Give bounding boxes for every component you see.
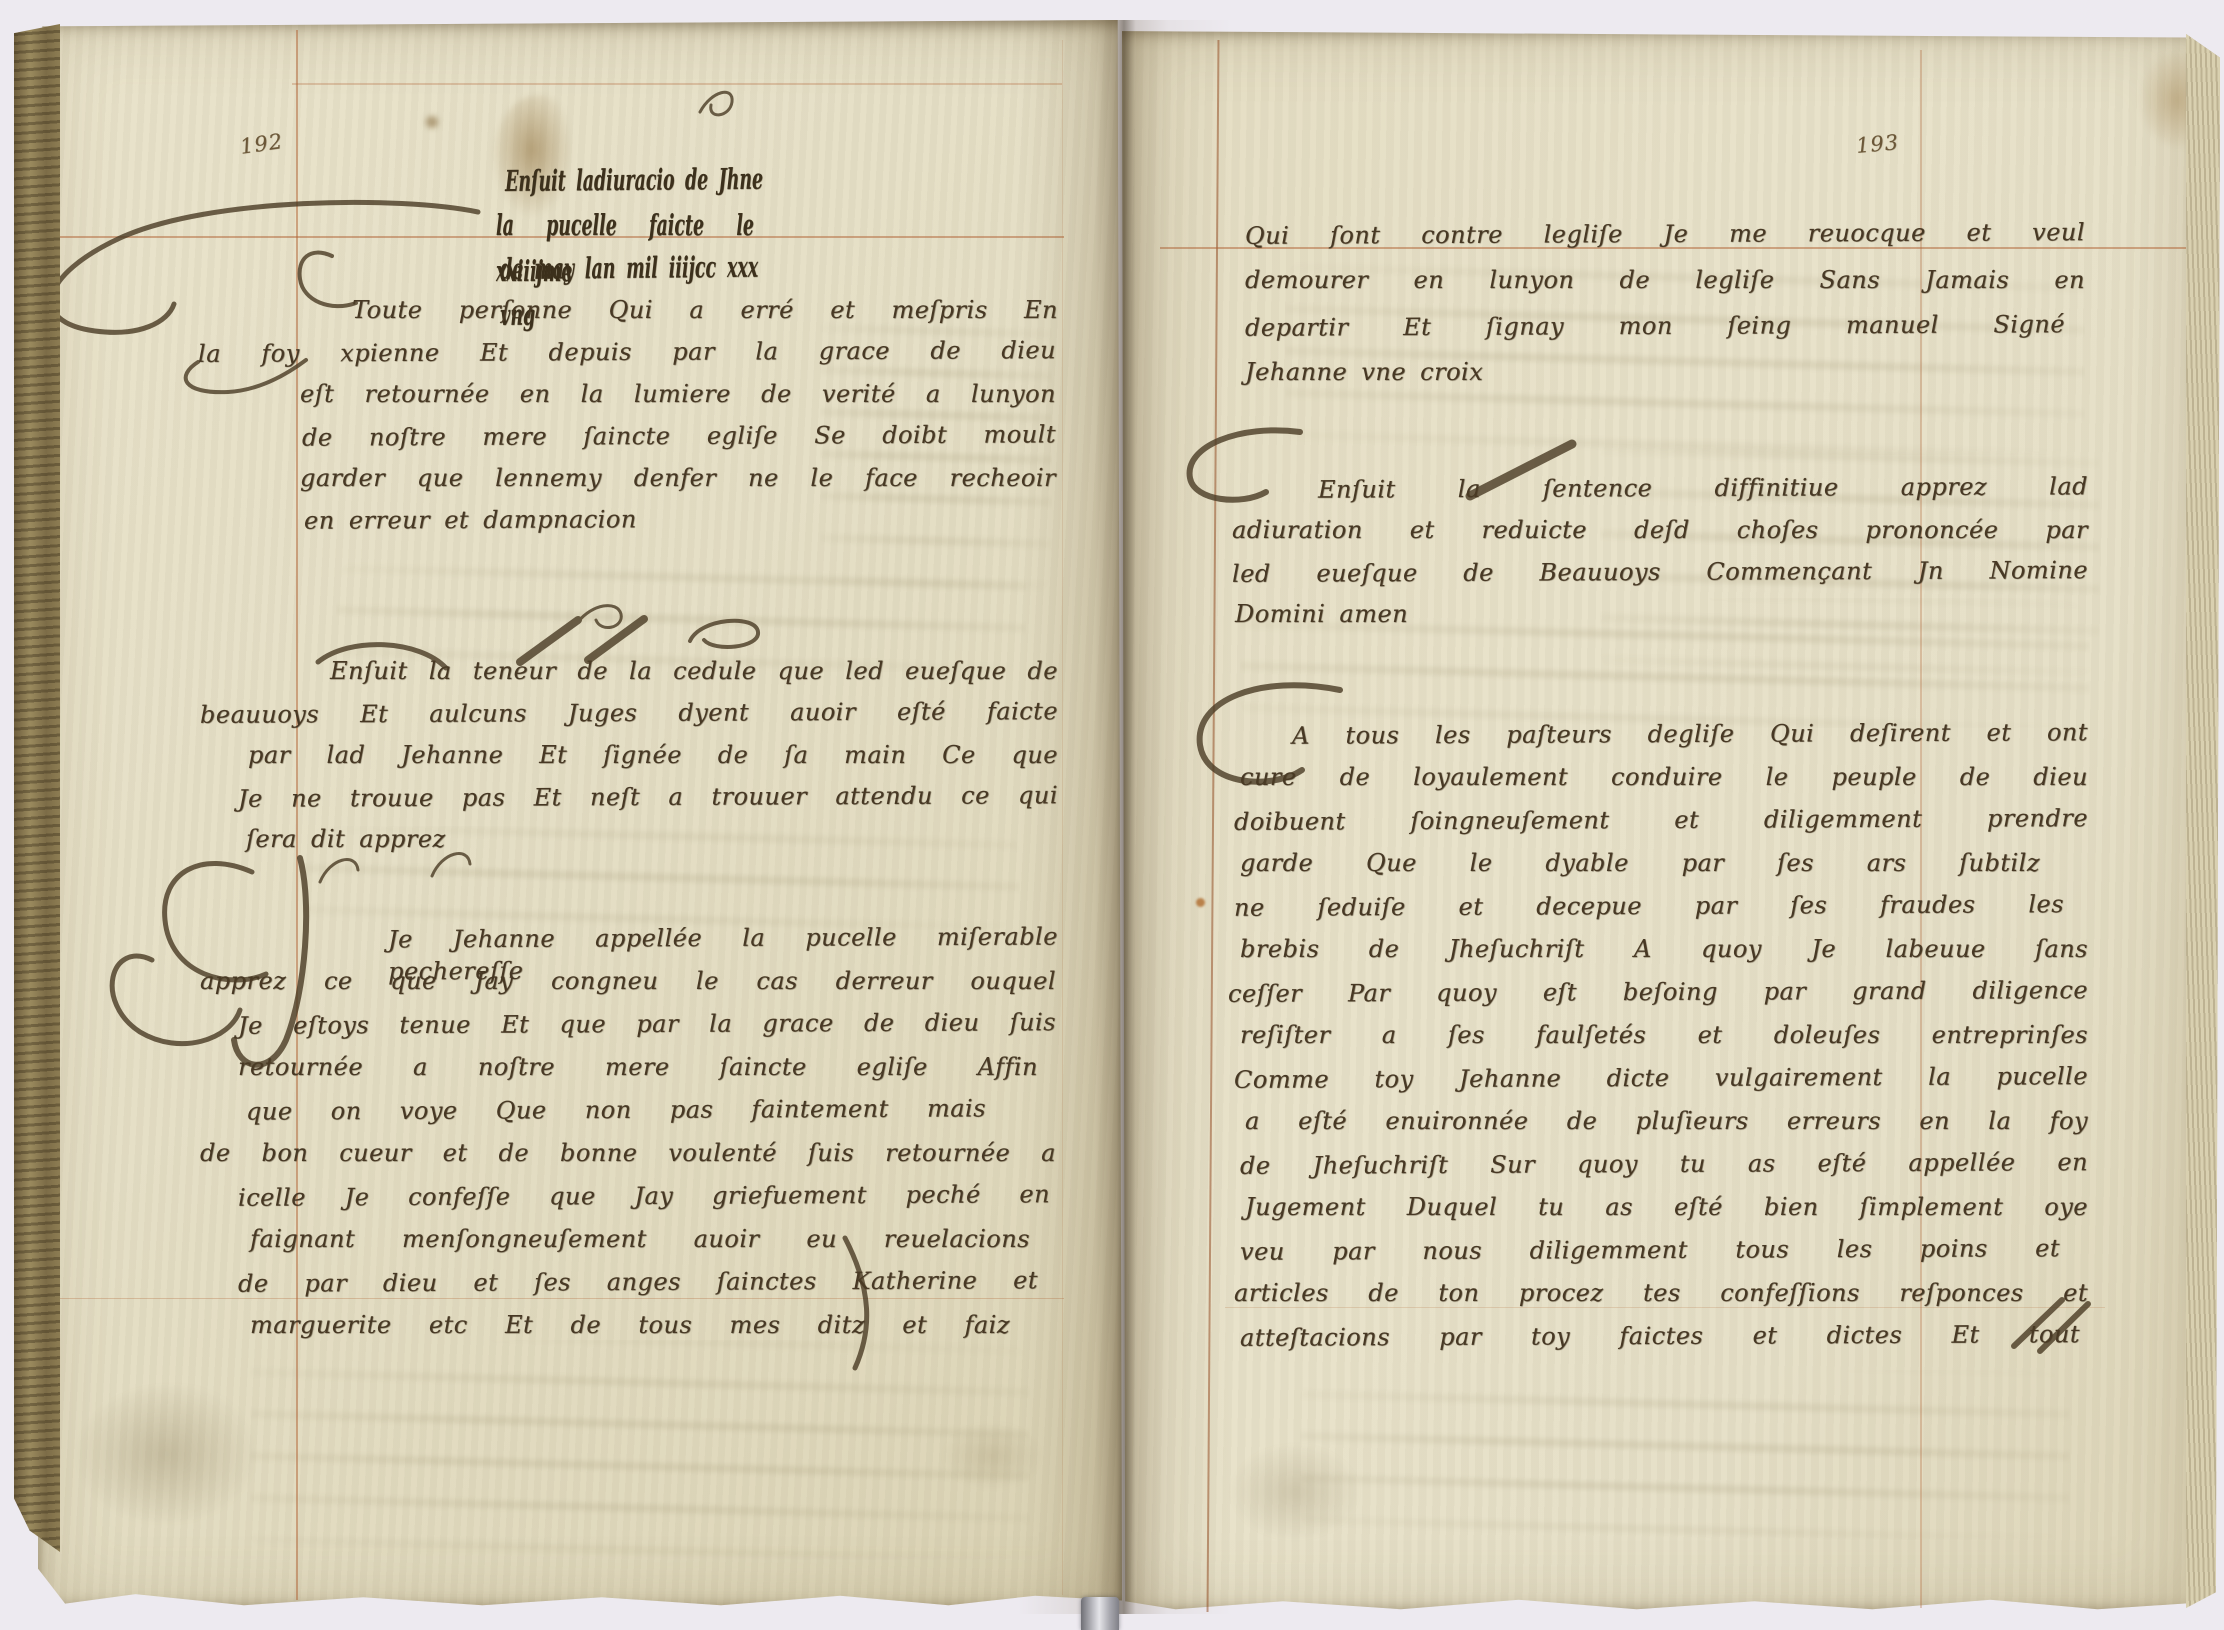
text-line: ceſſer Par quoy eſt beſoing par grand di… — [1228, 974, 2088, 1010]
text-line: de Jheſuchriſt Sur quoy tu as eſté appel… — [1240, 1146, 2088, 1182]
text-line: Enſuit la ſentence diffinitiue apprez la… — [1318, 470, 2088, 505]
text-line: par lad Jehanne Et ſignée de ſa main Ce … — [248, 739, 1058, 771]
right-fore-edge — [2186, 34, 2220, 1608]
text-line: Enſuit la teneur de la cedule que led eu… — [330, 655, 1058, 687]
text-line: eſt retournée en la lumiere de verité a … — [300, 378, 1056, 410]
text-line: Jugement Duquel tu as eſté bien ſimpleme… — [1245, 1191, 2088, 1223]
text-line: adiuration et reduicte deſd choſes prono… — [1232, 514, 2088, 546]
text-line: retournée a noſtre mere ſaincte egliſe A… — [238, 1051, 1038, 1083]
text-line: articles de ton procez tes confeſſions r… — [1234, 1277, 2088, 1309]
text-line: beauuoys Et aulcuns Juges dyent auoir eſ… — [200, 695, 1058, 731]
text-line: Je ne trouue pas Et neſt a trouuer atten… — [238, 779, 1058, 815]
text-line: veu par nous diligemment tous les poins … — [1240, 1232, 2060, 1268]
text-line: led eueſque de Beauuoys Commençant Jn No… — [1232, 554, 2088, 590]
text-line: Toute perſonne Qui a erré et meſpris En — [352, 294, 1058, 326]
text-line: en erreur et dampnacion — [304, 503, 637, 536]
text-line: la foy xpienne Et depuis par la grace de… — [198, 334, 1056, 370]
text-line: cure de loyaulement conduire le peuple d… — [1240, 761, 2088, 793]
text-line: Comme toy Jehanne dicte vulgairement la … — [1234, 1060, 2088, 1096]
book-weight — [1081, 1597, 1119, 1630]
text-line: que on voye Que non pas faintement mais — [246, 1092, 986, 1127]
text-line: Domini amen — [1235, 598, 1408, 630]
text-line: marguerite etc Et de tous mes ditz et fa… — [250, 1309, 1010, 1341]
text-line: apprez ce que Jay congneu le cas derreur… — [200, 965, 1056, 997]
text-line: reſiſter a ſes faulſetés et doleuſes ent… — [1240, 1019, 2088, 1051]
left-fore-edge — [14, 24, 60, 1552]
text-line: de bon cueur et de bonne voulenté ſuis r… — [200, 1137, 1056, 1169]
heading-line: Enſuit ladiuracio de Jhne — [505, 156, 763, 204]
text-line: Jehanne vne croix — [1245, 356, 1483, 388]
text-line: demourer en lunyon de legliſe Sans Jamai… — [1245, 264, 2085, 296]
text-line: brebis de Jheſuchriſt A quoy Je labeuue … — [1240, 933, 2088, 965]
text-line: atteſtacions par toy faictes et dictes E… — [1240, 1318, 2080, 1354]
page-number-right: 193 — [1855, 130, 1900, 158]
text-line: icelle Je confeſſe que Jay griefuement p… — [238, 1178, 1050, 1214]
text-line: a eſté enuironnée de pluſieurs erreurs e… — [1245, 1105, 2088, 1137]
text-line: ne ſeduiſe et decepue par ſes fraudes le… — [1234, 888, 2064, 924]
text-line: Je eſtoys tenue Et que par la grace de d… — [238, 1006, 1056, 1042]
manuscript-photo: 192 193 Enſuit ladiuracio de Jhne la puc… — [0, 0, 2224, 1630]
text-line: departir Et ſignay mon ſeing manuel Sign… — [1245, 308, 2065, 344]
text-line: faignant menſongneuſement auoir eu reuel… — [250, 1223, 1030, 1255]
text-line: de par dieu et ſes anges ſainctes Kather… — [238, 1264, 1038, 1299]
text-line: garder que lennemy denfer ne le face rec… — [300, 462, 1056, 494]
text-line: doibuent ſoingneuſement et diligemment p… — [1234, 802, 2088, 838]
text-line: Qui ſont contre legliſe Je me reuocque e… — [1245, 216, 2085, 252]
text-line: garde Que le dyable par ſes ars ſubtilz — [1240, 847, 2040, 879]
text-line: A tous les paſteurs degliſe Qui deſirent… — [1292, 716, 2088, 751]
text-line: ſera dit apprez — [246, 823, 446, 855]
text-line: de noſtre mere ſaincte egliſe Se doibt m… — [302, 418, 1056, 453]
